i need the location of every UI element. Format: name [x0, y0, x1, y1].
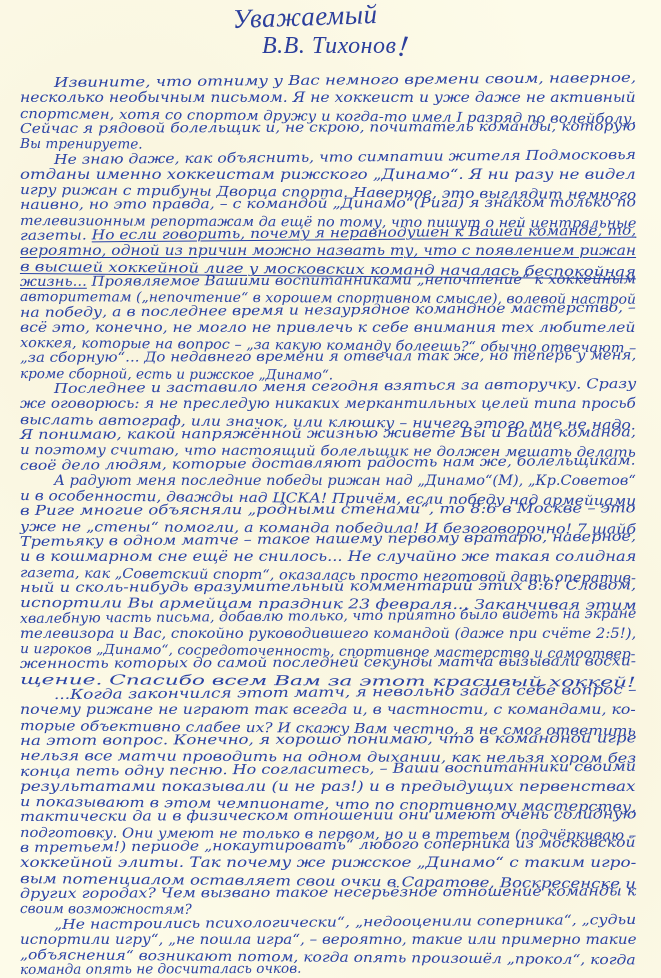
letter-line: других городах? Чем вызвано такое несерь…: [20, 883, 636, 903]
letter-line: команда опять не досчиталась очков.: [20, 961, 302, 978]
letter-line: вероятно, одной из причин можно назвать …: [20, 243, 636, 260]
salutation-addressee: В.В. Тихонов: [262, 33, 396, 60]
letter-line: всё это, конечно, не могло не привлечь к…: [20, 320, 635, 337]
letter-line: отданы именно хоккеистам рижского „Динам…: [20, 167, 636, 184]
letter-line: испортили игру“, „не пошла игра“, – веро…: [20, 932, 637, 949]
letter-line: „за сборную“... До недавнего времени я о…: [20, 348, 636, 368]
letter-line: и в кошмарном сне ещё не снилось... Не с…: [20, 549, 636, 566]
salutation-greeting: Уважаемый: [232, 0, 378, 35]
letter-line: Извините, что отниму у Вас немного време…: [54, 70, 636, 92]
letter-page: Уважаемый В.В. Тихонов ! Извините, что о…: [0, 0, 661, 978]
letter-line: Сейчас я рядовой болельщик и, не скрою, …: [20, 118, 636, 138]
line-text: Проявляемое Вашими воспитанниками „непоч…: [87, 271, 636, 289]
letter-line: Я понимаю, какой напряжённой жизнью живё…: [20, 424, 636, 444]
letter-line: наивно, но это правда, – с командой „Дин…: [20, 195, 636, 215]
letter-line: хоккейной элиты. Так почему же рижское „…: [20, 855, 636, 872]
letter-line: несколько необычным письмом. Я не хоккеи…: [20, 90, 636, 107]
line-text: газеты.: [20, 227, 92, 244]
letter-line: телевизора и Вас, спокойно руководившего…: [20, 626, 636, 643]
letter-line: А радуют меня последние победы рижан над…: [54, 473, 636, 490]
letter-line: на этот вопрос. Конечно, я хорошо понима…: [20, 730, 636, 750]
letter-line: почему рижане не играют так всегда и, в …: [20, 702, 636, 719]
underlined-text: Но если говорить, почему я неравнодушен …: [92, 223, 637, 244]
underlined-text: вероятно, одной из причин можно назвать …: [20, 243, 636, 259]
salutation-exclamation: !: [396, 29, 411, 64]
letter-line: ный и сколь-нибудь вразумительный коммен…: [20, 577, 636, 597]
letter-line: женность которых до самой последней секу…: [20, 654, 636, 674]
underlined-text: жизнь...: [20, 274, 87, 290]
letter-line: жизнь... Проявляемое Вашими воспитанника…: [20, 271, 636, 291]
letter-line: же оговорюсь: я не преследую никаких мер…: [20, 396, 636, 413]
letter-line: тактически да и в физическом отношении о…: [20, 807, 637, 827]
letter-line: в Риге многие объясняли „родными стенами…: [20, 501, 636, 521]
letter-line: результатами показывали (и не раз!) и в …: [20, 779, 636, 796]
